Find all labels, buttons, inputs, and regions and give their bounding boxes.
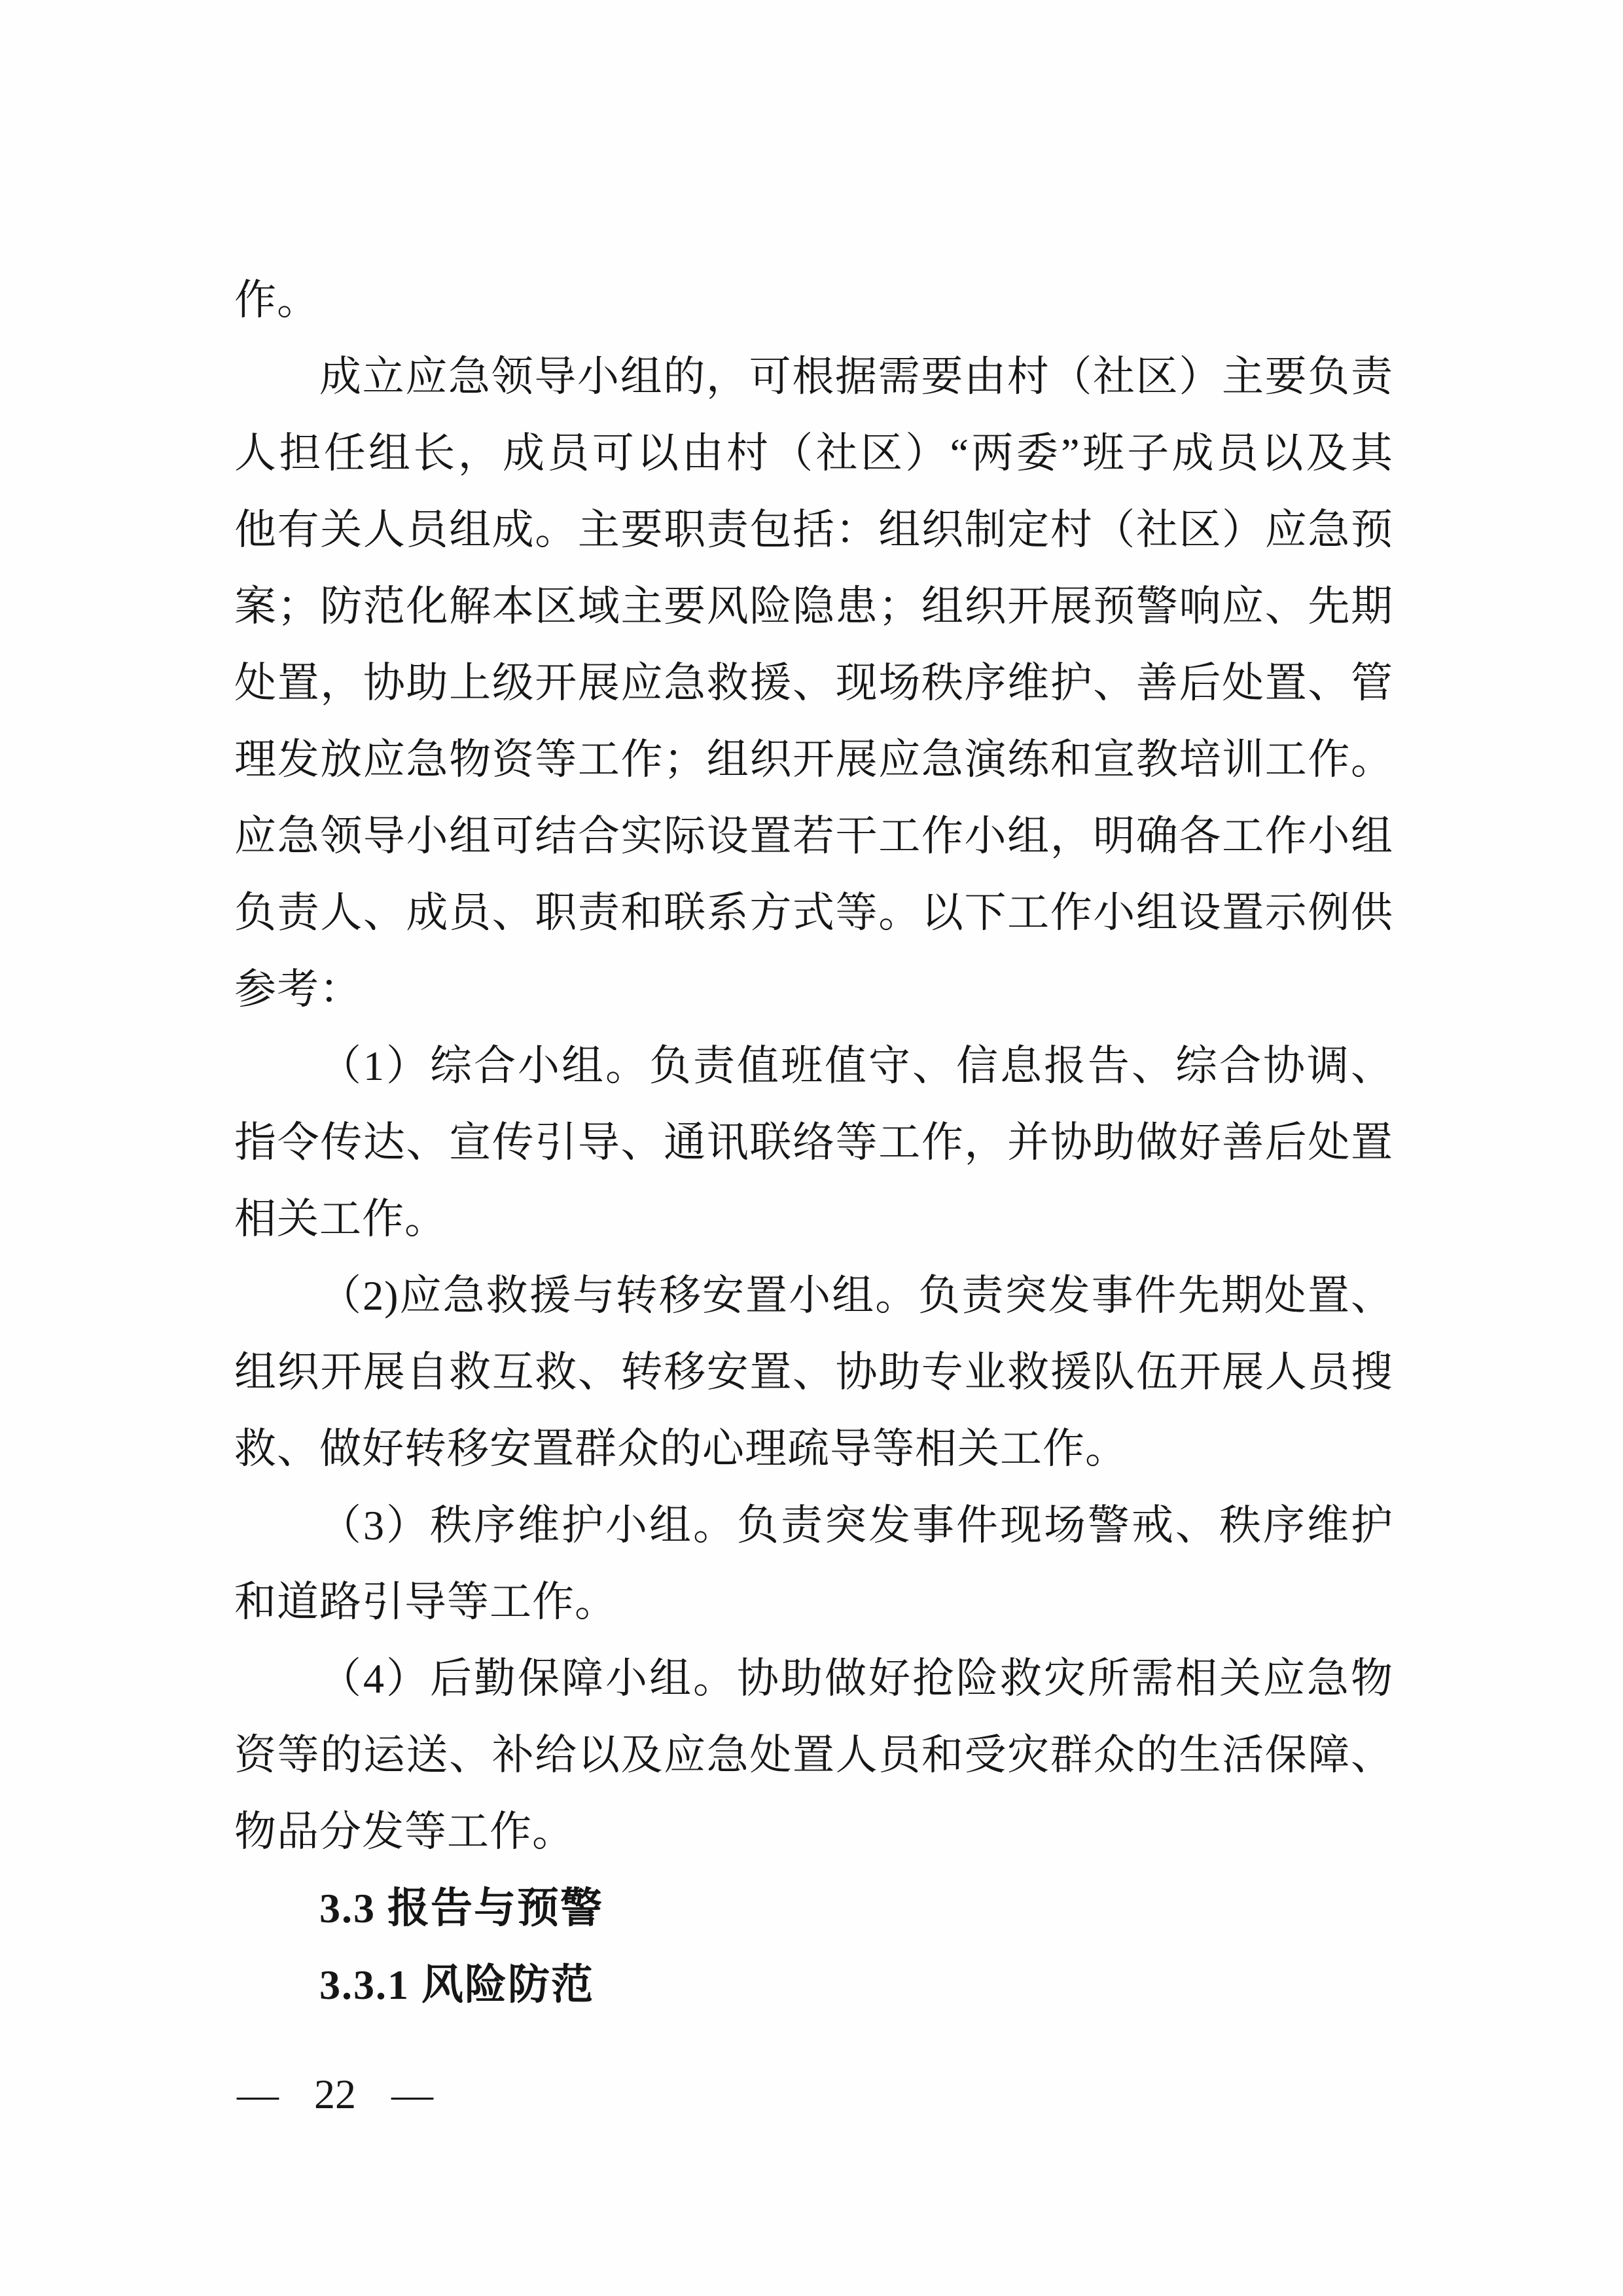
- text-line: （3）秩序维护小组。负责突发事件现场警戒、秩序维护: [234, 1487, 1393, 1564]
- text-line: 组织开展自救互救、转移安置、协助专业救援队伍开展人员搜: [234, 1334, 1393, 1410]
- text-line: （2)应急救援与转移安置小组。负责突发事件先期处置、: [234, 1257, 1393, 1334]
- page-number: 22: [314, 2062, 356, 2127]
- page-footer: — 22 —: [237, 2062, 433, 2127]
- text-line: 理发放应急物资等工作；组织开展应急演练和宣教培训工作。: [234, 721, 1393, 798]
- text-line: （4）后勤保障小组。协助做好抢险救灾所需相关应急物: [234, 1640, 1393, 1717]
- text-line: 指令传达、宣传引导、通讯联络等工作，并协助做好善后处置: [234, 1104, 1393, 1181]
- text-line: 应急领导小组可结合实际设置若干工作小组，明确各工作小组: [234, 798, 1393, 874]
- text-line: 物品分发等工作。: [234, 1793, 1393, 1870]
- text-line: 参考：: [234, 951, 1393, 1028]
- footer-right-dash: —: [391, 2062, 433, 2127]
- text-line: 负责人、成员、职责和联系方式等。以下工作小组设置示例供: [234, 874, 1393, 951]
- text-line: 救、做好转移安置群众的心理疏导等相关工作。: [234, 1410, 1393, 1487]
- text-line: 人担任组长，成员可以由村（社区）“两委”班子成员以及其: [234, 415, 1393, 492]
- document-body: 作。成立应急领导小组的，可根据需要由村（社区）主要负责人担任组长，成员可以由村（…: [234, 262, 1393, 2023]
- footer-left-dash: —: [237, 2062, 279, 2127]
- text-line: 处置，协助上级开展应急救援、现场秩序维护、善后处置、管: [234, 645, 1393, 721]
- text-line: 和道路引导等工作。: [234, 1564, 1393, 1640]
- heading-line: 3.3.1 风险防范: [234, 1946, 1393, 2023]
- text-line: 作。: [234, 262, 1393, 338]
- text-line: 他有关人员组成。主要职责包括：组织制定村（社区）应急预: [234, 492, 1393, 568]
- text-line: 相关工作。: [234, 1181, 1393, 1257]
- text-line: 成立应急领导小组的，可根据需要由村（社区）主要负责: [234, 338, 1393, 415]
- text-line: 资等的运送、补给以及应急处置人员和受灾群众的生活保障、: [234, 1717, 1393, 1793]
- text-line: （1）综合小组。负责值班值守、信息报告、综合协调、: [234, 1028, 1393, 1104]
- heading-line: 3.3 报告与预警: [234, 1870, 1393, 1946]
- document-page: 作。成立应急领导小组的，可根据需要由村（社区）主要负责人担任组长，成员可以由村（…: [0, 0, 1623, 2296]
- text-line: 案；防范化解本区域主要风险隐患；组织开展预警响应、先期: [234, 568, 1393, 645]
